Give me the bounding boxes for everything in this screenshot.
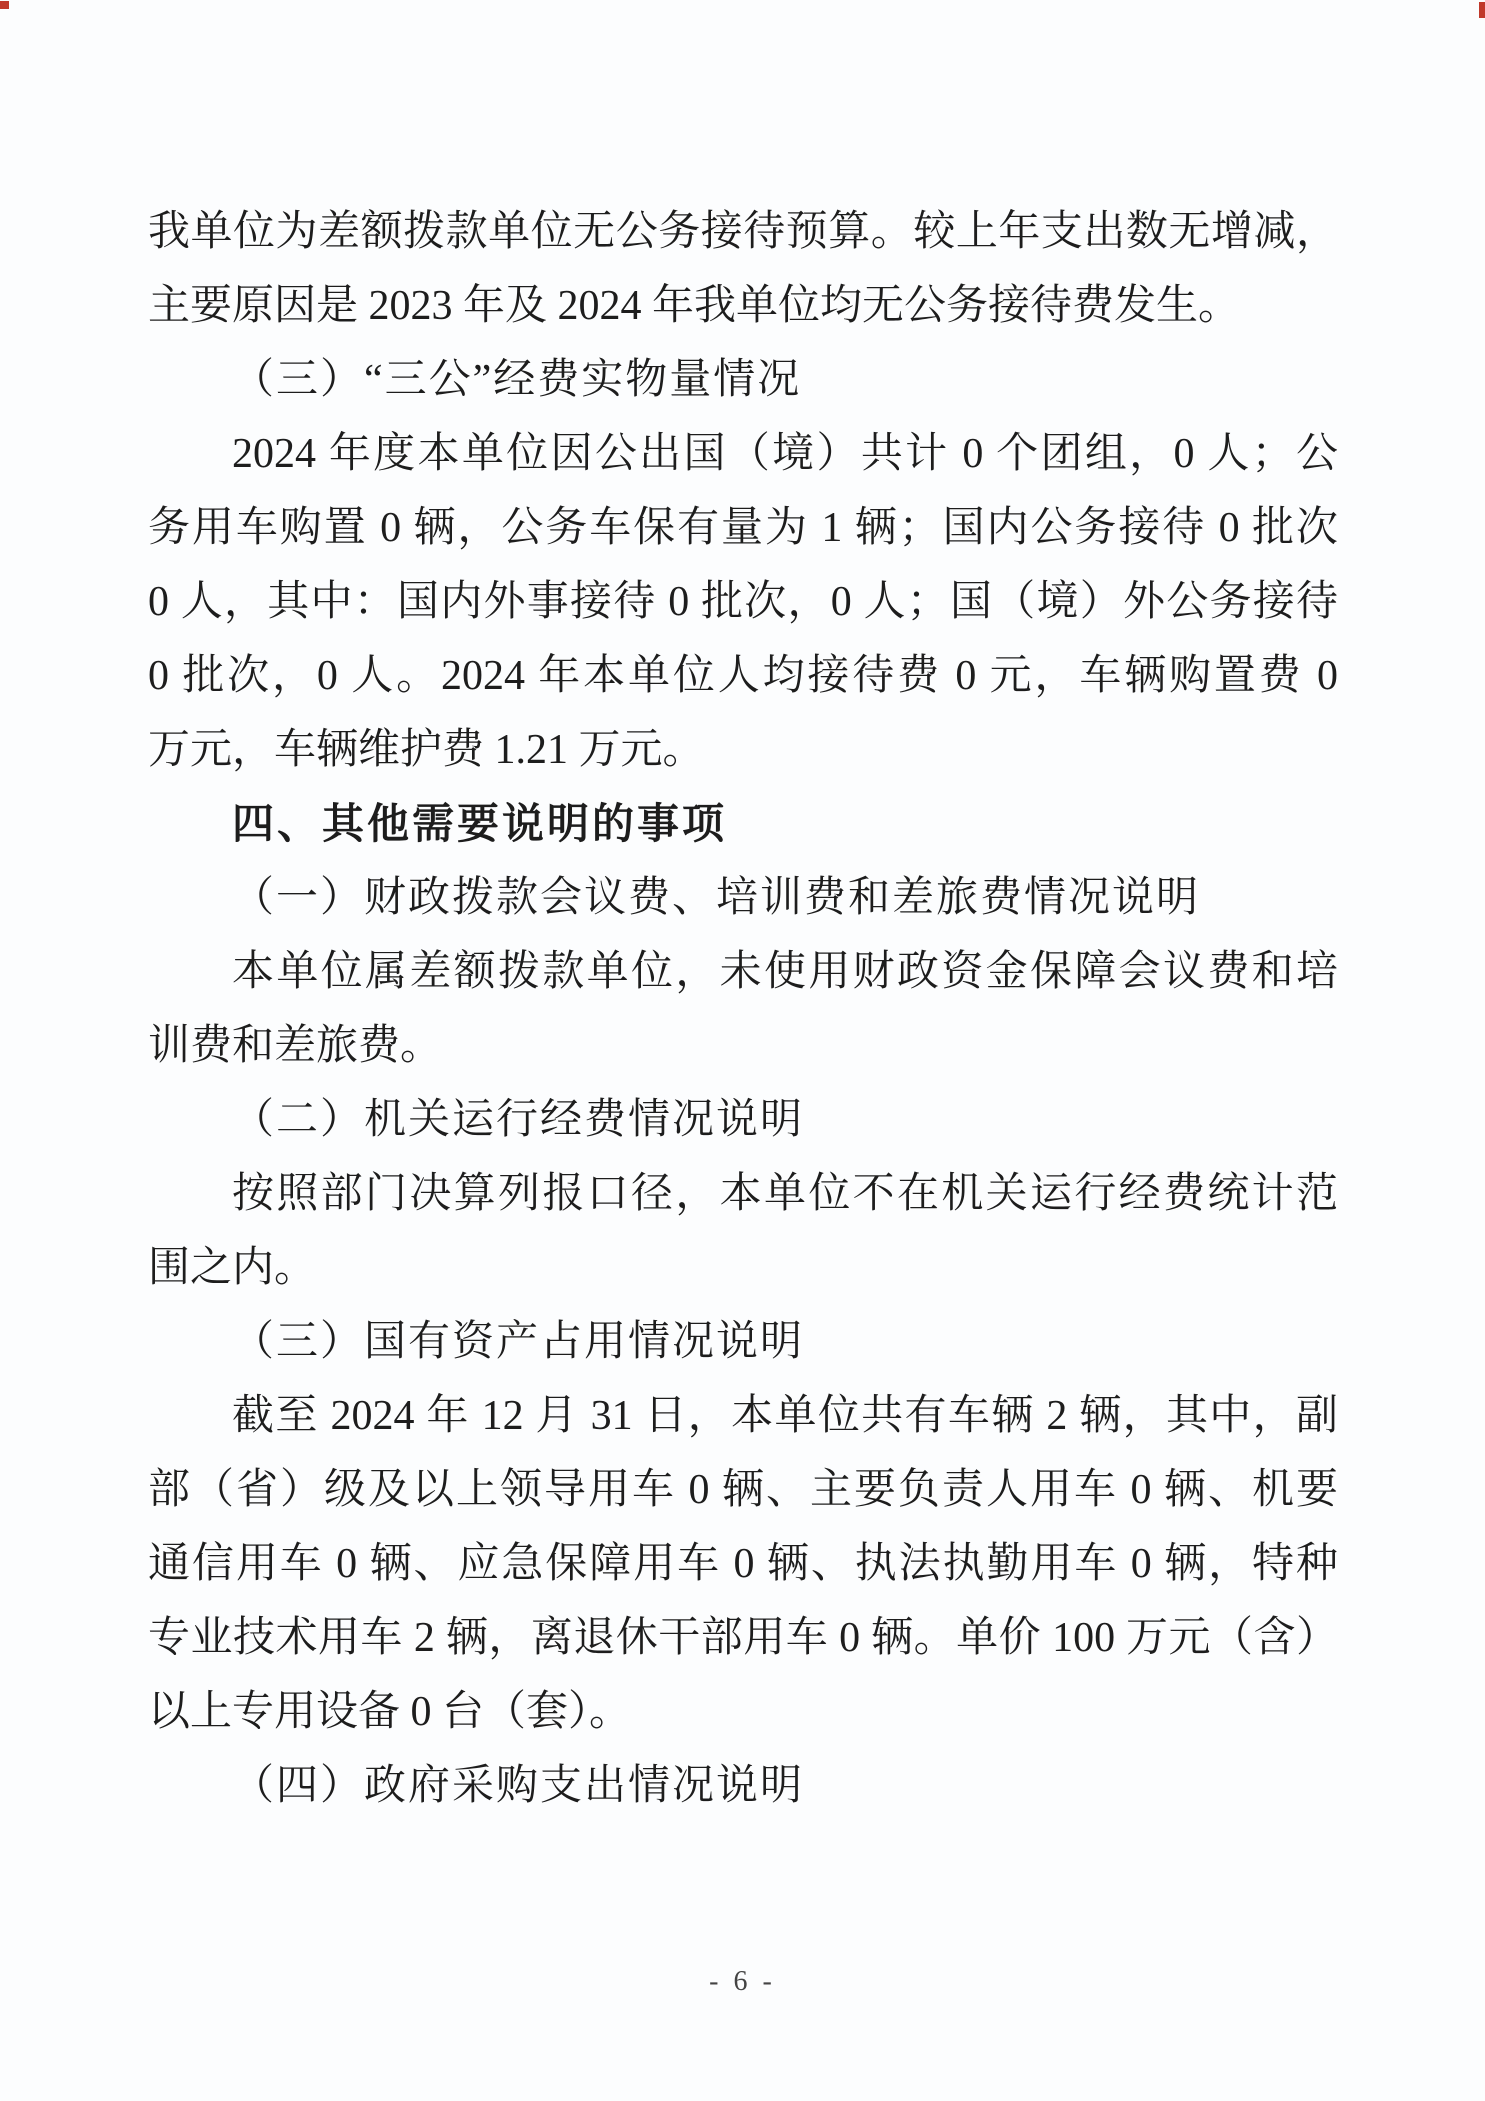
- subsection-heading: （三）“三公”经费实物量情况: [148, 343, 1338, 417]
- paragraph-line: 围之内。: [148, 1231, 1338, 1305]
- paragraph-line: 以上专用设备 0 台（套）。: [148, 1675, 1338, 1749]
- section-heading: 四、其他需要说明的事项: [148, 787, 1338, 861]
- scan-artifact-top-right: [1479, 2, 1485, 18]
- paragraph-line: 0 人，其中：国内外事接待 0 批次，0 人；国（境）外公务接待: [148, 565, 1338, 639]
- paragraph-line: 训费和差旅费。: [148, 1009, 1338, 1083]
- paragraph-line: 我单位为差额拨款单位无公务接待预算。较上年支出数无增减，: [148, 195, 1338, 269]
- paragraph-line: 万元，车辆维护费 1.21 万元。: [148, 713, 1338, 787]
- subsection-heading: （二）机关运行经费情况说明: [148, 1083, 1338, 1157]
- document-page: 我单位为差额拨款单位无公务接待预算。较上年支出数无增减，主要原因是 2023 年…: [0, 0, 1485, 2101]
- paragraph-line: 截至 2024 年 12 月 31 日，本单位共有车辆 2 辆，其中，副: [148, 1379, 1338, 1453]
- subsection-heading: （三）国有资产占用情况说明: [148, 1305, 1338, 1379]
- paragraph-line: 专业技术用车 2 辆，离退休干部用车 0 辆。单价 100 万元（含）: [148, 1601, 1338, 1675]
- subsection-heading: （四）政府采购支出情况说明: [148, 1749, 1338, 1823]
- document-body: 我单位为差额拨款单位无公务接待预算。较上年支出数无增减，主要原因是 2023 年…: [148, 195, 1338, 1823]
- paragraph-line: 通信用车 0 辆、应急保障用车 0 辆、执法执勤用车 0 辆，特种: [148, 1527, 1338, 1601]
- paragraph-line: 务用车购置 0 辆，公务车保有量为 1 辆；国内公务接待 0 批次: [148, 491, 1338, 565]
- paragraph-line: 0 批次，0 人。2024 年本单位人均接待费 0 元，车辆购置费 0: [148, 639, 1338, 713]
- subsection-heading: （一）财政拨款会议费、培训费和差旅费情况说明: [148, 861, 1338, 935]
- scan-artifact-top-left: [0, 1, 9, 9]
- page-number: - 6 -: [0, 1966, 1485, 1998]
- paragraph-line: 2024 年度本单位因公出国（境）共计 0 个团组，0 人；公: [148, 417, 1338, 491]
- paragraph-line: 按照部门决算列报口径，本单位不在机关运行经费统计范: [148, 1157, 1338, 1231]
- paragraph-line: 本单位属差额拨款单位，未使用财政资金保障会议费和培: [148, 935, 1338, 1009]
- paragraph-line: 主要原因是 2023 年及 2024 年我单位均无公务接待费发生。: [148, 269, 1338, 343]
- paragraph-line: 部（省）级及以上领导用车 0 辆、主要负责人用车 0 辆、机要: [148, 1453, 1338, 1527]
